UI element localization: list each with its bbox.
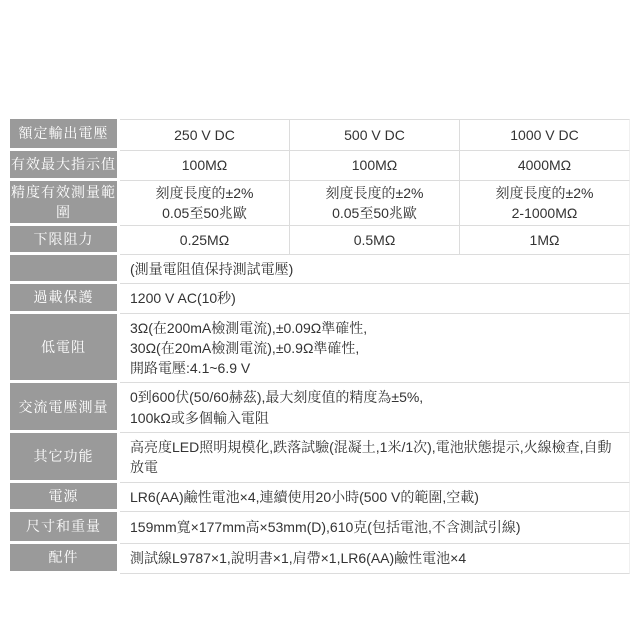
table-row-dimensions-weight: 尺寸和重量 159mm寬×177mm高×53mm(D),610克(包括電池,不含…	[10, 512, 630, 544]
spec-value-cell: 1MΩ	[459, 226, 630, 255]
table-row-power-source: 電源 LR6(AA)鹼性電池×4,連續使用20小時(500 V的範圍,空載)	[10, 483, 630, 512]
table-row-ac-voltage-measurement: 交流電壓測量 0到600伏(50/60赫茲),最大刻度值的精度為±5%, 100…	[10, 383, 630, 433]
spec-text-cell: 測試線L9787×1,說明書×1,肩帶×1,LR6(AA)鹼性電池×4	[120, 544, 630, 574]
row-label: 尺寸和重量	[10, 512, 120, 544]
spec-text-cell: 0到600伏(50/60赫茲),最大刻度值的精度為±5%, 100kΩ或多個輸入…	[120, 383, 630, 433]
row-label: 交流電壓測量	[10, 383, 120, 433]
spec-text-cell: LR6(AA)鹼性電池×4,連續使用20小時(500 V的範圍,空載)	[120, 483, 630, 512]
spec-text-cell: (測量電阻值保持測試電壓)	[120, 255, 630, 284]
spec-text-cell: 高亮度LED照明規模化,跌落試驗(混凝土,1米/1次),電池狀態提示,火線檢查,…	[120, 433, 630, 483]
spec-value-cell: 4000MΩ	[459, 151, 630, 181]
row-label: 電源	[10, 483, 120, 512]
table-row-overload-protection: 過載保護 1200 V AC(10秒)	[10, 284, 630, 313]
spec-value-cell: 1000 V DC	[459, 119, 630, 151]
spec-value-cell: 100MΩ	[289, 151, 459, 181]
row-label-empty	[10, 255, 120, 284]
table-row-lower-limit-resistance: 下限阻力 0.25MΩ 0.5MΩ 1MΩ	[10, 226, 630, 255]
spec-value-cell: 刻度長度的±2% 0.05至50兆歐	[120, 181, 289, 226]
table-row-note: (測量電阻值保持測試電壓)	[10, 255, 630, 284]
spec-text-cell: 3Ω(在200mA檢測電流),±0.09Ω準確性, 30Ω(在20mA檢測電流)…	[120, 314, 630, 384]
spec-value-cell: 0.25MΩ	[120, 226, 289, 255]
spec-value-cell: 500 V DC	[289, 119, 459, 151]
table-row-accessories: 配件 測試線L9787×1,說明書×1,肩帶×1,LR6(AA)鹼性電池×4	[10, 544, 630, 574]
table-row-accuracy-range: 精度有效測量範圍 刻度長度的±2% 0.05至50兆歐 刻度長度的±2% 0.0…	[10, 181, 630, 226]
spec-value-cell: 250 V DC	[120, 119, 289, 151]
row-label: 配件	[10, 544, 120, 574]
table-row-low-resistance: 低電阻 3Ω(在200mA檢測電流),±0.09Ω準確性, 30Ω(在20mA檢…	[10, 314, 630, 384]
spec-text-cell: 159mm寬×177mm高×53mm(D),610克(包括電池,不含測試引線)	[120, 512, 630, 544]
table-row-other-functions: 其它功能 高亮度LED照明規模化,跌落試驗(混凝土,1米/1次),電池狀態提示,…	[10, 433, 630, 483]
specification-table: 額定輸出電壓 250 V DC 500 V DC 1000 V DC 有效最大指…	[10, 119, 630, 574]
table-row-rated-output-voltage: 額定輸出電壓 250 V DC 500 V DC 1000 V DC	[10, 119, 630, 151]
spec-value-cell: 100MΩ	[120, 151, 289, 181]
row-label: 低電阻	[10, 314, 120, 384]
row-label: 過載保護	[10, 284, 120, 313]
spec-sheet-page: 額定輸出電壓 250 V DC 500 V DC 1000 V DC 有效最大指…	[0, 0, 640, 640]
spec-value-cell: 0.5MΩ	[289, 226, 459, 255]
row-label: 下限阻力	[10, 226, 120, 255]
row-label: 其它功能	[10, 433, 120, 483]
row-label: 額定輸出電壓	[10, 119, 120, 151]
spec-text-cell: 1200 V AC(10秒)	[120, 284, 630, 313]
spec-value-cell: 刻度長度的±2% 0.05至50兆歐	[289, 181, 459, 226]
table-row-max-indication: 有效最大指示值 100MΩ 100MΩ 4000MΩ	[10, 151, 630, 181]
row-label: 有效最大指示值	[10, 151, 120, 181]
row-label: 精度有效測量範圍	[10, 181, 120, 226]
spec-value-cell: 刻度長度的±2% 2-1000MΩ	[459, 181, 630, 226]
